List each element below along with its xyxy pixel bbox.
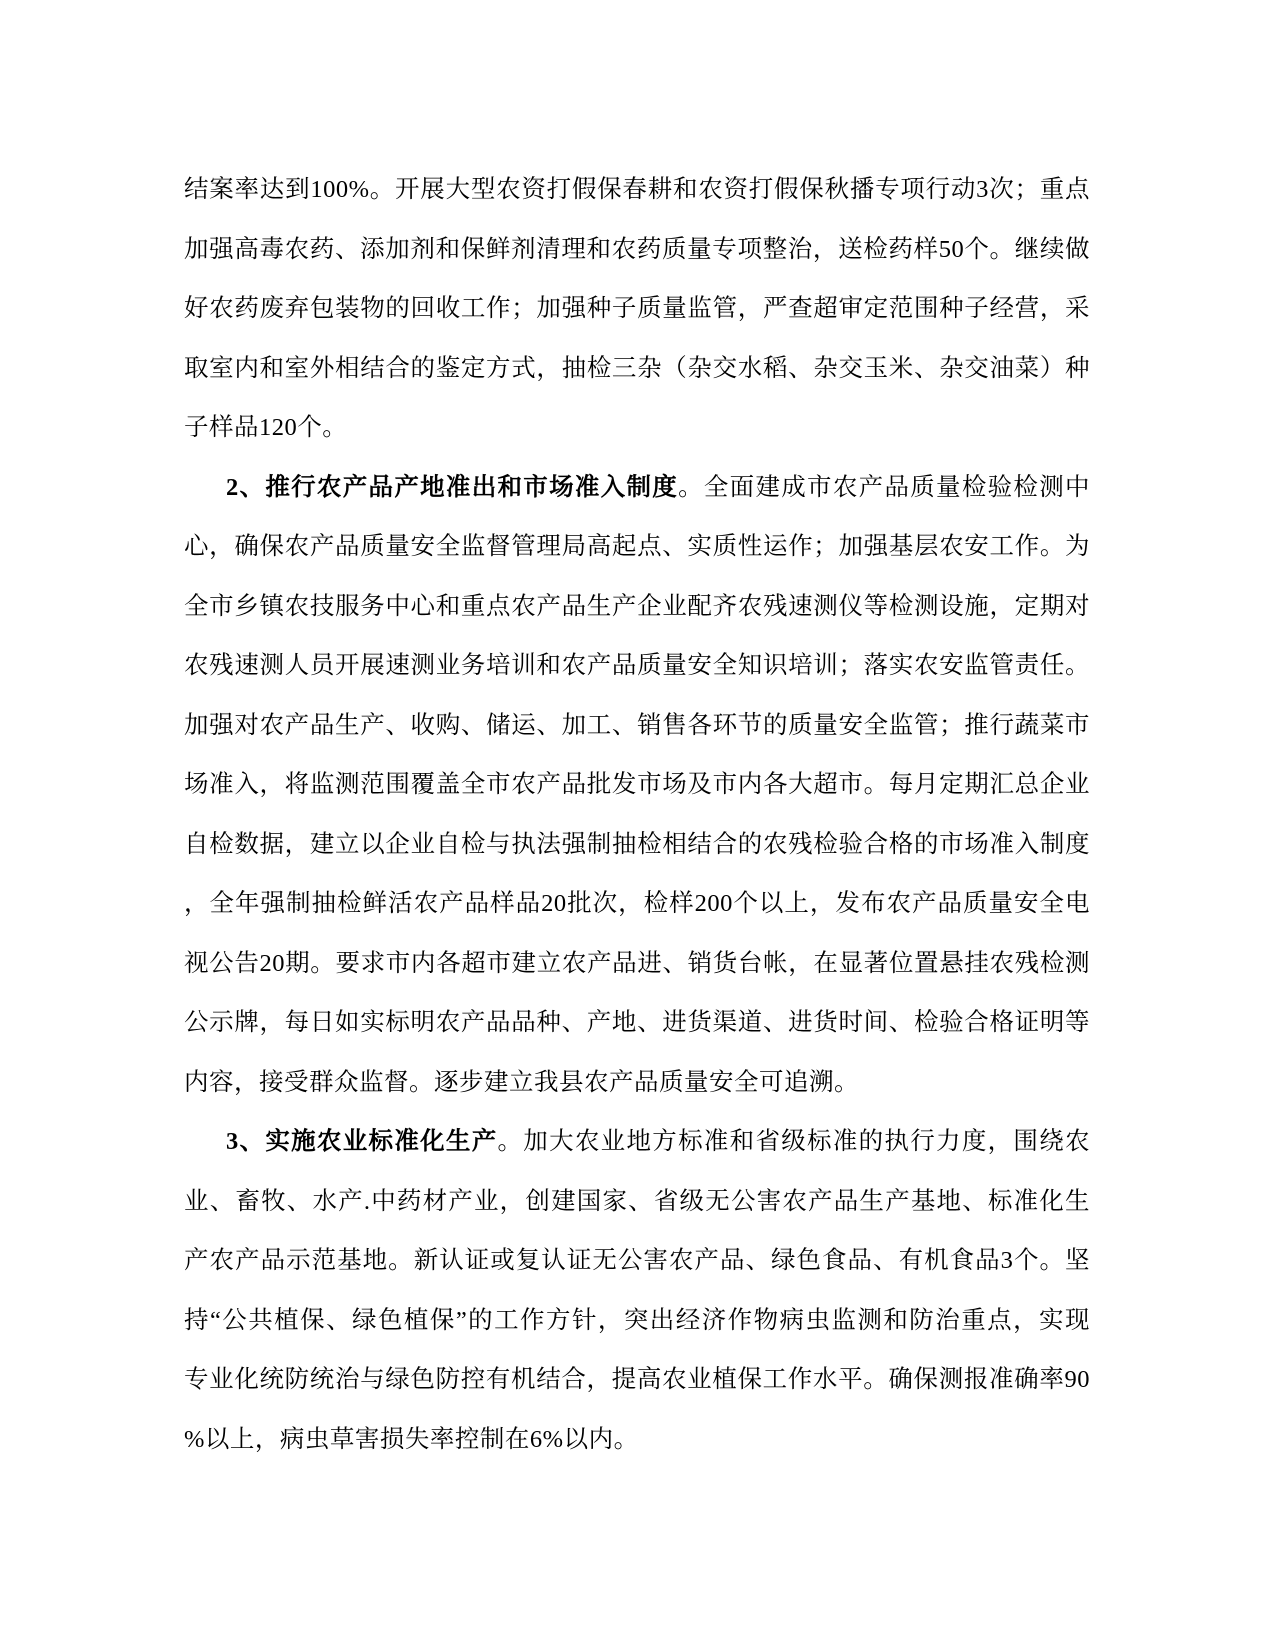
text-line: 农残速测人员开展速测业务培训和农产品质量安全知识培训；落实农安监管责任。 [184, 636, 1090, 696]
text-line: 视公告20期。要求市内各超市建立农产品进、销货台帐，在显著位置悬挂农残检测 [184, 934, 1090, 994]
text-line: 2、推行农产品产地准出和市场准入制度。全面建成市农产品质量检验检测中 [184, 458, 1090, 518]
heading-tail-text: 。全面建成市农产品质量检验检测中 [678, 474, 1090, 501]
text-line: 持“公共植保、绿色植保”的工作方针，突出经济作物病虫监测和防治重点，实现 [184, 1291, 1090, 1351]
paragraph-number-heading: 3、实施农业标准化生产 [226, 1128, 498, 1155]
document-page: 结案率达到100%。开展大型农资打假保春耕和农资打假保秋播专项行动3次；重点 加… [0, 0, 1275, 1650]
text-line: 全市乡镇农技服务中心和重点农产品生产企业配齐农残速测仪等检测设施，定期对 [184, 577, 1090, 637]
text-line: 业、畜牧、水产.中药材产业，创建国家、省级无公害农产品生产基地、标准化生 [184, 1172, 1090, 1232]
text-line: 好农药废弃包装物的回收工作；加强种子质量监管，严查超审定范围种子经营，采 [184, 279, 1090, 339]
text-line: 结案率达到100%。开展大型农资打假保春耕和农资打假保秋播专项行动3次；重点 [184, 160, 1090, 220]
text-line: 加强对农产品生产、收购、储运、加工、销售各环节的质量安全监管；推行蔬菜市 [184, 696, 1090, 756]
paragraph-number-heading: 2、推行农产品产地准出和市场准入制度 [226, 474, 678, 501]
text-line: 内容，接受群众监督。逐步建立我县农产品质量安全可追溯。 [184, 1053, 1090, 1113]
text-line: 场准入，将监测范围覆盖全市农产品批发市场及市内各大超市。每月定期汇总企业 [184, 755, 1090, 815]
paragraph-item-3: 3、实施农业标准化生产。加大农业地方标准和省级标准的执行力度，围绕农 业、畜牧、… [184, 1112, 1090, 1469]
text-line: 产农产品示范基地。新认证或复认证无公害农产品、绿色食品、有机食品3个。坚 [184, 1231, 1090, 1291]
heading-tail-text: 。加大农业地方标准和省级标准的执行力度，围绕农 [498, 1128, 1091, 1155]
text-line: 取室内和室外相结合的鉴定方式，抽检三杂（杂交水稻、杂交玉米、杂交油菜）种 [184, 339, 1090, 399]
text-line: 公示牌，每日如实标明农产品品种、产地、进货渠道、进货时间、检验合格证明等 [184, 993, 1090, 1053]
text-line: ，全年强制抽检鲜活农产品样品20批次，检样200个以上，发布农产品质量安全电 [184, 874, 1090, 934]
text-line: 子样品120个。 [184, 398, 1090, 458]
text-line: 心，确保农产品质量安全监督管理局高起点、实质性运作；加强基层农安工作。为 [184, 517, 1090, 577]
document-body: 结案率达到100%。开展大型农资打假保春耕和农资打假保秋播专项行动3次；重点 加… [184, 160, 1090, 1469]
text-line: %以上，病虫草害损失率控制在6%以内。 [184, 1410, 1090, 1470]
paragraph-item-2: 2、推行农产品产地准出和市场准入制度。全面建成市农产品质量检验检测中 心，确保农… [184, 458, 1090, 1113]
text-line: 加强高毒农药、添加剂和保鲜剂清理和农药质量专项整治，送检药样50个。继续做 [184, 220, 1090, 280]
paragraph-continuation: 结案率达到100%。开展大型农资打假保春耕和农资打假保秋播专项行动3次；重点 加… [184, 160, 1090, 458]
text-line: 自检数据，建立以企业自检与执法强制抽检相结合的农残检验合格的市场准入制度 [184, 815, 1090, 875]
text-line: 专业化统防统治与绿色防控有机结合，提高农业植保工作水平。确保测报准确率90 [184, 1350, 1090, 1410]
text-line: 3、实施农业标准化生产。加大农业地方标准和省级标准的执行力度，围绕农 [184, 1112, 1090, 1172]
